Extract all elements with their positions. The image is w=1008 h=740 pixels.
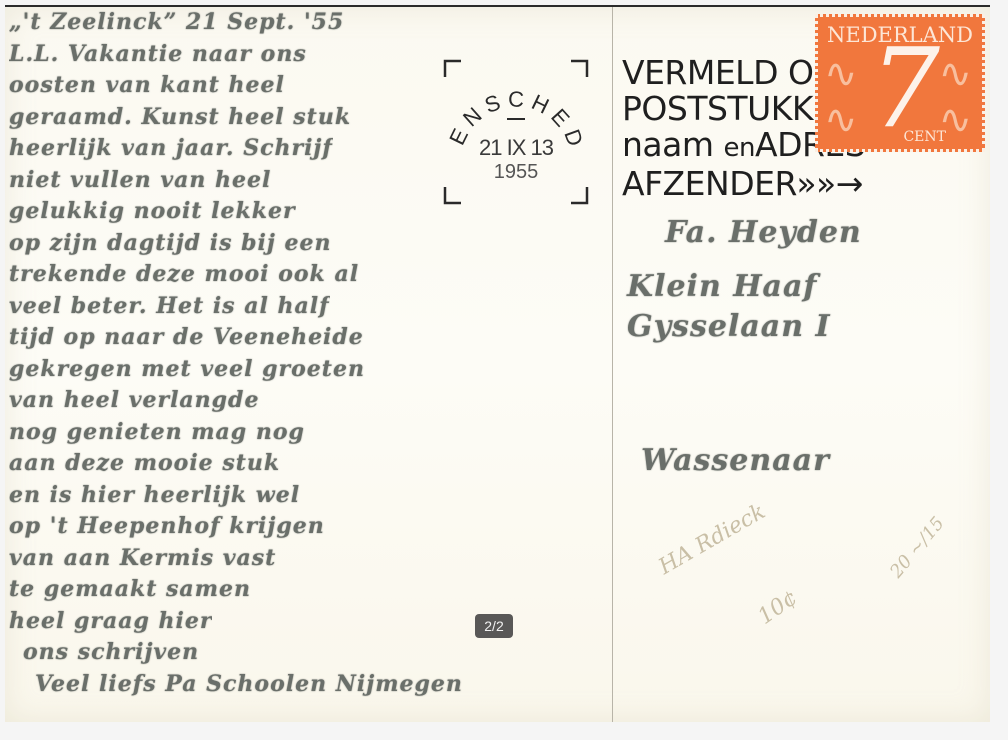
address-line: Gysselaan I <box>627 309 830 344</box>
letter-line: op 't Heepenhof krijgen <box>9 513 325 539</box>
slogan-word-en: en <box>724 133 755 163</box>
pencil-note-price: 10¢ <box>754 585 803 630</box>
address-line: Fa. Heyden <box>665 215 862 250</box>
letter-line: op zijn dagtijd is bij een <box>9 230 331 256</box>
pencil-note-dealer: HA Rdieck <box>655 499 770 580</box>
letter-line: gelukkig nooit lekker <box>9 198 296 224</box>
letter-line: trekende deze mooi ook al <box>9 261 359 287</box>
letter-line: en is hier heerlijk wel <box>9 482 300 508</box>
letter-line: veel beter. Het is al half <box>9 293 330 319</box>
letter-line: „'t Zeelinck” 21 Sept. '55 <box>9 9 344 35</box>
letter-line: L.L. Vakantie naar ons <box>9 41 307 67</box>
postcard-divider-line <box>612 7 613 722</box>
postmark-frame-icon: ENSCHEDE <box>441 57 591 207</box>
slogan-word-afzender: AFZENDER <box>622 164 796 203</box>
letter-line: niet vullen van heel <box>9 167 271 193</box>
arrow-right-icon: »»→ <box>796 164 863 203</box>
postage-stamp: NEDERLAND ∿ ∿ ∿ ∿ 7 CENT <box>815 14 985 152</box>
image-counter-badge: 2/2 <box>475 614 513 638</box>
postmark-enschede: ENSCHEDE 21 IX 13 1955 <box>441 57 591 207</box>
slogan-line-4: AFZENDER»»→ <box>622 166 899 202</box>
letter-line: gekregen met veel groeten <box>9 356 365 382</box>
flourish-icon: ∿ <box>938 51 972 97</box>
letter-line: oosten van kant heel <box>9 72 285 98</box>
flourish-icon: ∿ <box>824 51 858 97</box>
pencil-note-ref: 20 ~/15 <box>886 513 949 582</box>
letter-line: ons schrijven <box>23 639 199 665</box>
letter-line: Veel liefs Pa Schoolen Nijmegen <box>35 671 463 697</box>
letter-line: heel graag hier <box>9 608 212 634</box>
address-line: Wassenaar <box>641 443 830 478</box>
letter-line: tijd op naar de Veeneheide <box>9 324 364 350</box>
stamp-value: 7 <box>870 33 940 143</box>
letter-line: nog genieten mag nog <box>9 419 305 445</box>
stamp-unit: CENT <box>903 129 946 145</box>
letter-line: aan deze mooie stuk <box>9 450 280 476</box>
letter-line: geraamd. Kunst heel stuk <box>9 104 351 130</box>
letter-line: van aan Kermis vast <box>9 545 276 571</box>
letter-line: heerlijk van jaar. Schrijf <box>9 135 333 161</box>
letter-line: van heel verlangde <box>9 387 259 413</box>
flourish-icon: ∿ <box>824 97 858 143</box>
postmark-date: 21 IX 13 <box>441 135 591 161</box>
postmark-year: 1955 <box>441 161 591 184</box>
letter-line: te gemaakt samen <box>9 576 251 602</box>
slogan-word-naam: naam <box>622 125 714 164</box>
image-viewer: „'t Zeelinck” 21 Sept. '55L.L. Vakantie … <box>0 0 1008 740</box>
address-line: Klein Haaf <box>627 269 817 304</box>
